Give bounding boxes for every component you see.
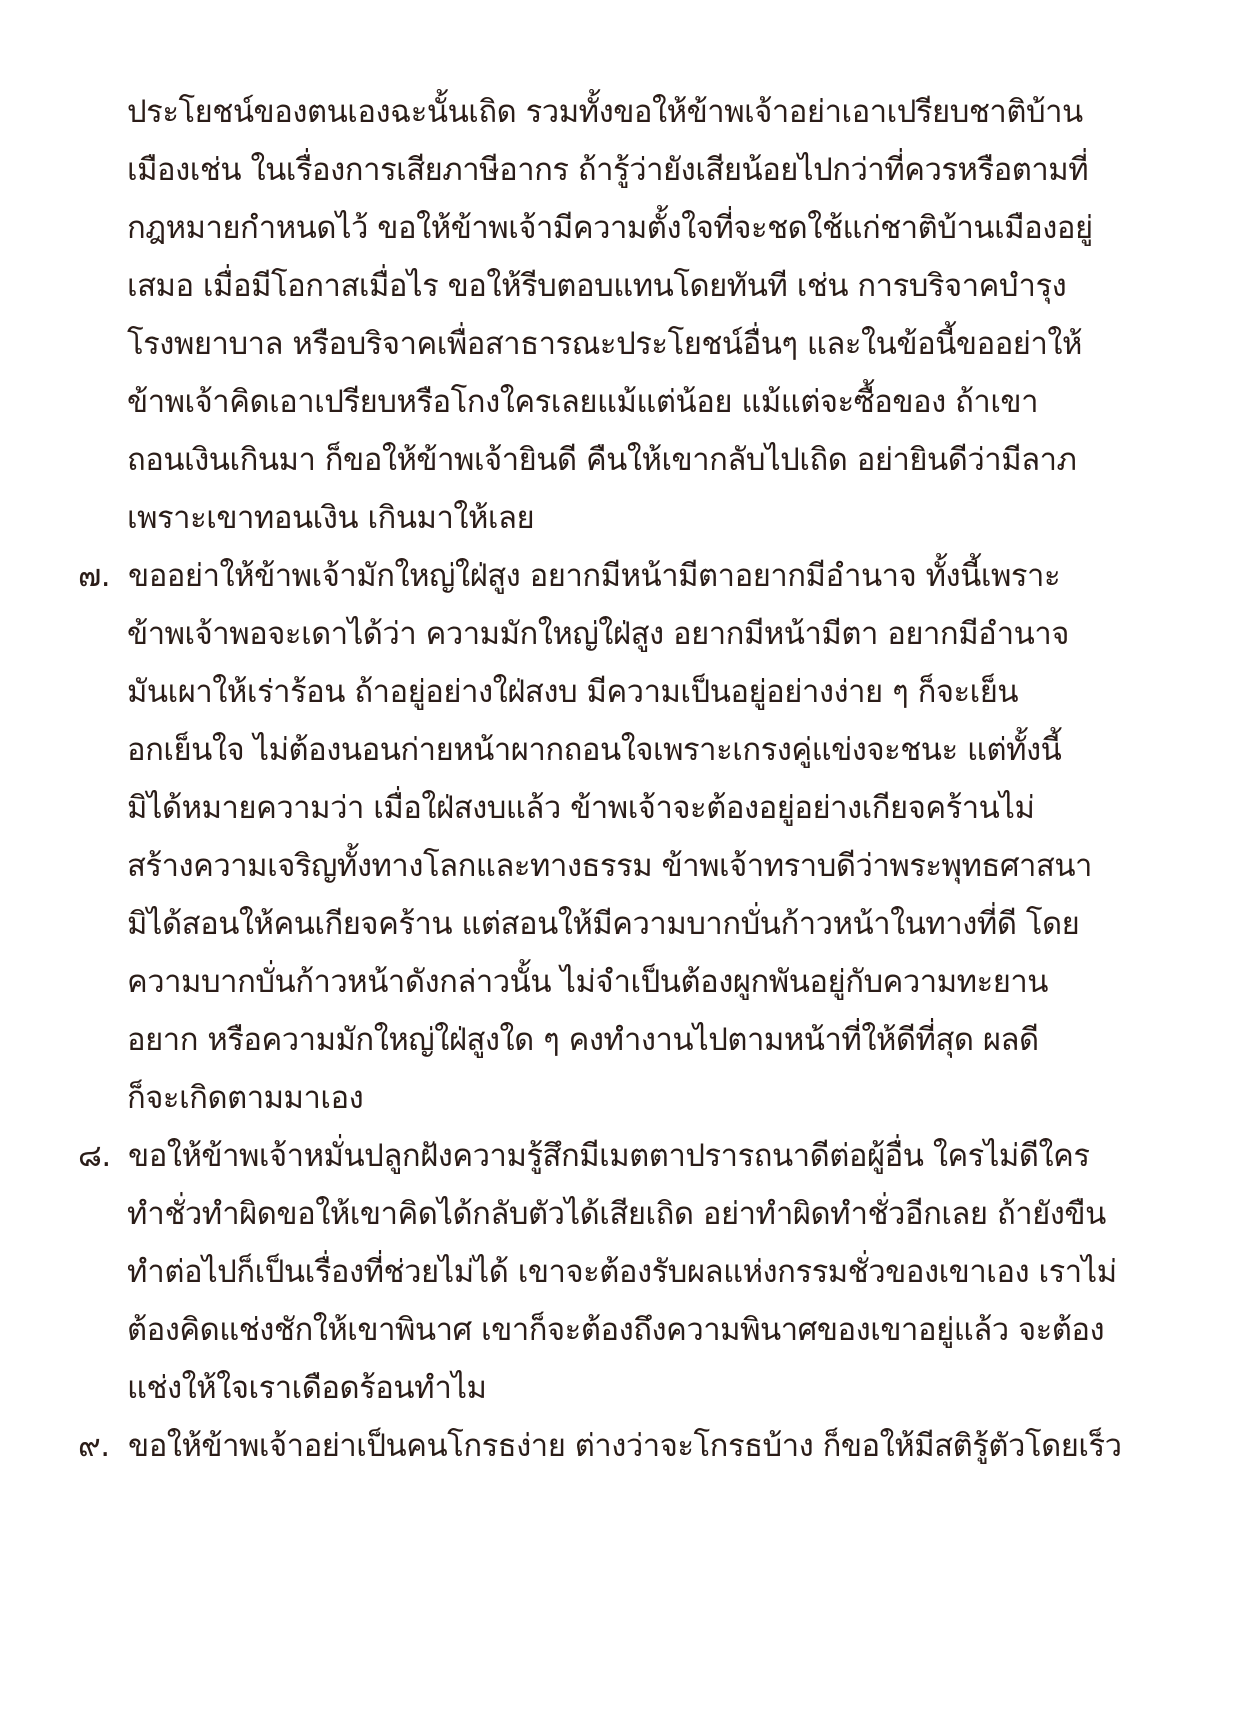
line-text: ต้องคิดแช่งชักให้เขาพินาศ เขาก็จะต้องถึง… — [127, 1312, 1104, 1348]
text-line: ข้าพเจ้าคิดเอาเปรียบหรือโกงใครเลยแม้แต่น… — [127, 382, 1167, 422]
text-line: อยาก หรือความมักใหญ่ใฝ่สูงใด ๆ คงทำงานไป… — [127, 1020, 1167, 1060]
line-text: อกเย็นใจ ไม่ต้องนอนก่ายหน้าผากถอนใจเพราะ… — [127, 732, 1061, 768]
text-line: มิได้สอนให้คนเกียจคร้าน แต่สอนให้มีความบ… — [127, 904, 1167, 944]
text-line: อกเย็นใจ ไม่ต้องนอนก่ายหน้าผากถอนใจเพราะ… — [127, 730, 1167, 770]
text-line: กฎหมายกำหนดไว้ ขอให้ข้าพเจ้ามีความตั้งใจ… — [127, 208, 1167, 248]
line-text: ทำชั่วทำผิดขอให้เขาคิดได้กลับตัวได้เสียเ… — [127, 1196, 1106, 1232]
text-line: เพราะเขาทอนเงิน เกินมาให้เลย — [127, 498, 1167, 538]
line-text: ความบากบั่นก้าวหน้าดังกล่าวนั้น ไม่จำเป็… — [127, 964, 1048, 1000]
line-text: ทำต่อไปก็เป็นเรื่องที่ช่วยไม่ได้ เขาจะต้… — [127, 1254, 1117, 1290]
line-text: ขอให้ข้าพเจ้าอย่าเป็นคนโกรธง่าย ต่างว่าจ… — [128, 1428, 1122, 1464]
line-text: เมืองเช่น ในเรื่องการเสียภาษีอากร ถ้ารู้… — [127, 152, 1088, 188]
text-line: ประโยชน์ของตนเองฉะนั้นเถิด รวมทั้งขอให้ข… — [127, 92, 1167, 132]
text-line: เสมอ เมื่อมีโอกาสเมื่อไร ขอให้รีบตอบแทนโ… — [127, 266, 1167, 306]
line-text: ข้าพเจ้าคิดเอาเปรียบหรือโกงใครเลยแม้แต่น… — [127, 384, 1038, 420]
line-text: เพราะเขาทอนเงิน เกินมาให้เลย — [127, 500, 534, 536]
line-text: ก็จะเกิดตามมาเอง — [127, 1080, 363, 1116]
line-text: แช่งให้ใจเราเดือดร้อนทำไม — [127, 1370, 487, 1406]
text-line: สร้างความเจริญทั้งทางโลกและทางธรรม ข้าพเ… — [127, 846, 1167, 886]
text-line: ก็จะเกิดตามมาเอง — [127, 1078, 1167, 1118]
line-text: กฎหมายกำหนดไว้ ขอให้ข้าพเจ้ามีความตั้งใจ… — [127, 210, 1093, 246]
line-text: มิได้หมายความว่า เมื่อใฝ่สงบแล้ว ข้าพเจ้… — [127, 790, 1034, 826]
list-item-7: ๗.ขออย่าให้ข้าพเจ้ามักใหญ่ใฝ่สูง อยากมีห… — [78, 556, 1118, 596]
text-line: ความบากบั่นก้าวหน้าดังกล่าวนั้น ไม่จำเป็… — [127, 962, 1167, 1002]
item-number: ๘. — [78, 1136, 128, 1176]
text-line: ข้าพเจ้าพอจะเดาได้ว่า ความมักใหญ่ใฝ่สูง … — [127, 614, 1167, 654]
text-line: ทำชั่วทำผิดขอให้เขาคิดได้กลับตัวได้เสียเ… — [127, 1194, 1167, 1234]
line-text: โรงพยาบาล หรือบริจาคเพื่อสาธารณะประโยชน์… — [127, 326, 1082, 362]
document-page: ประโยชน์ของตนเองฉะนั้นเถิด รวมทั้งขอให้ข… — [0, 0, 1240, 1713]
line-text: ประโยชน์ของตนเองฉะนั้นเถิด รวมทั้งขอให้ข… — [127, 94, 1083, 130]
line-text: ข้าพเจ้าพอจะเดาได้ว่า ความมักใหญ่ใฝ่สูง … — [127, 616, 1069, 652]
text-line: มันเผาให้เร่าร้อน ถ้าอยู่อย่างใฝ่สงบ มีค… — [127, 672, 1167, 712]
line-text: มิได้สอนให้คนเกียจคร้าน แต่สอนให้มีความบ… — [127, 906, 1079, 942]
line-text: เสมอ เมื่อมีโอกาสเมื่อไร ขอให้รีบตอบแทนโ… — [127, 268, 1066, 304]
line-text: ขอให้ข้าพเจ้าหมั่นปลูกฝังความรู้สึกมีเมต… — [128, 1138, 1090, 1174]
text-line: แช่งให้ใจเราเดือดร้อนทำไม — [127, 1368, 1167, 1408]
line-text: มันเผาให้เร่าร้อน ถ้าอยู่อย่างใฝ่สงบ มีค… — [127, 674, 1018, 710]
list-item-9: ๙.ขอให้ข้าพเจ้าอย่าเป็นคนโกรธง่าย ต่างว่… — [78, 1426, 1118, 1466]
text-line: ทำต่อไปก็เป็นเรื่องที่ช่วยไม่ได้ เขาจะต้… — [127, 1252, 1167, 1292]
item-number: ๗. — [78, 556, 128, 596]
line-text: สร้างความเจริญทั้งทางโลกและทางธรรม ข้าพเ… — [127, 848, 1092, 884]
text-line: มิได้หมายความว่า เมื่อใฝ่สงบแล้ว ข้าพเจ้… — [127, 788, 1167, 828]
text-line: ถอนเงินเกินมา ก็ขอให้ข้าพเจ้ายินดี คืนให… — [127, 440, 1167, 480]
item-number: ๙. — [78, 1426, 128, 1466]
line-text: ขออย่าให้ข้าพเจ้ามักใหญ่ใฝ่สูง อยากมีหน้… — [128, 558, 1060, 594]
text-line: โรงพยาบาล หรือบริจาคเพื่อสาธารณะประโยชน์… — [127, 324, 1167, 364]
text-line: ต้องคิดแช่งชักให้เขาพินาศ เขาก็จะต้องถึง… — [127, 1310, 1167, 1350]
list-item-8: ๘.ขอให้ข้าพเจ้าหมั่นปลูกฝังความรู้สึกมีเ… — [78, 1136, 1118, 1176]
text-line: เมืองเช่น ในเรื่องการเสียภาษีอากร ถ้ารู้… — [127, 150, 1167, 190]
line-text: ถอนเงินเกินมา ก็ขอให้ข้าพเจ้ายินดี คืนให… — [127, 442, 1076, 478]
line-text: อยาก หรือความมักใหญ่ใฝ่สูงใด ๆ คงทำงานไป… — [127, 1022, 1039, 1058]
